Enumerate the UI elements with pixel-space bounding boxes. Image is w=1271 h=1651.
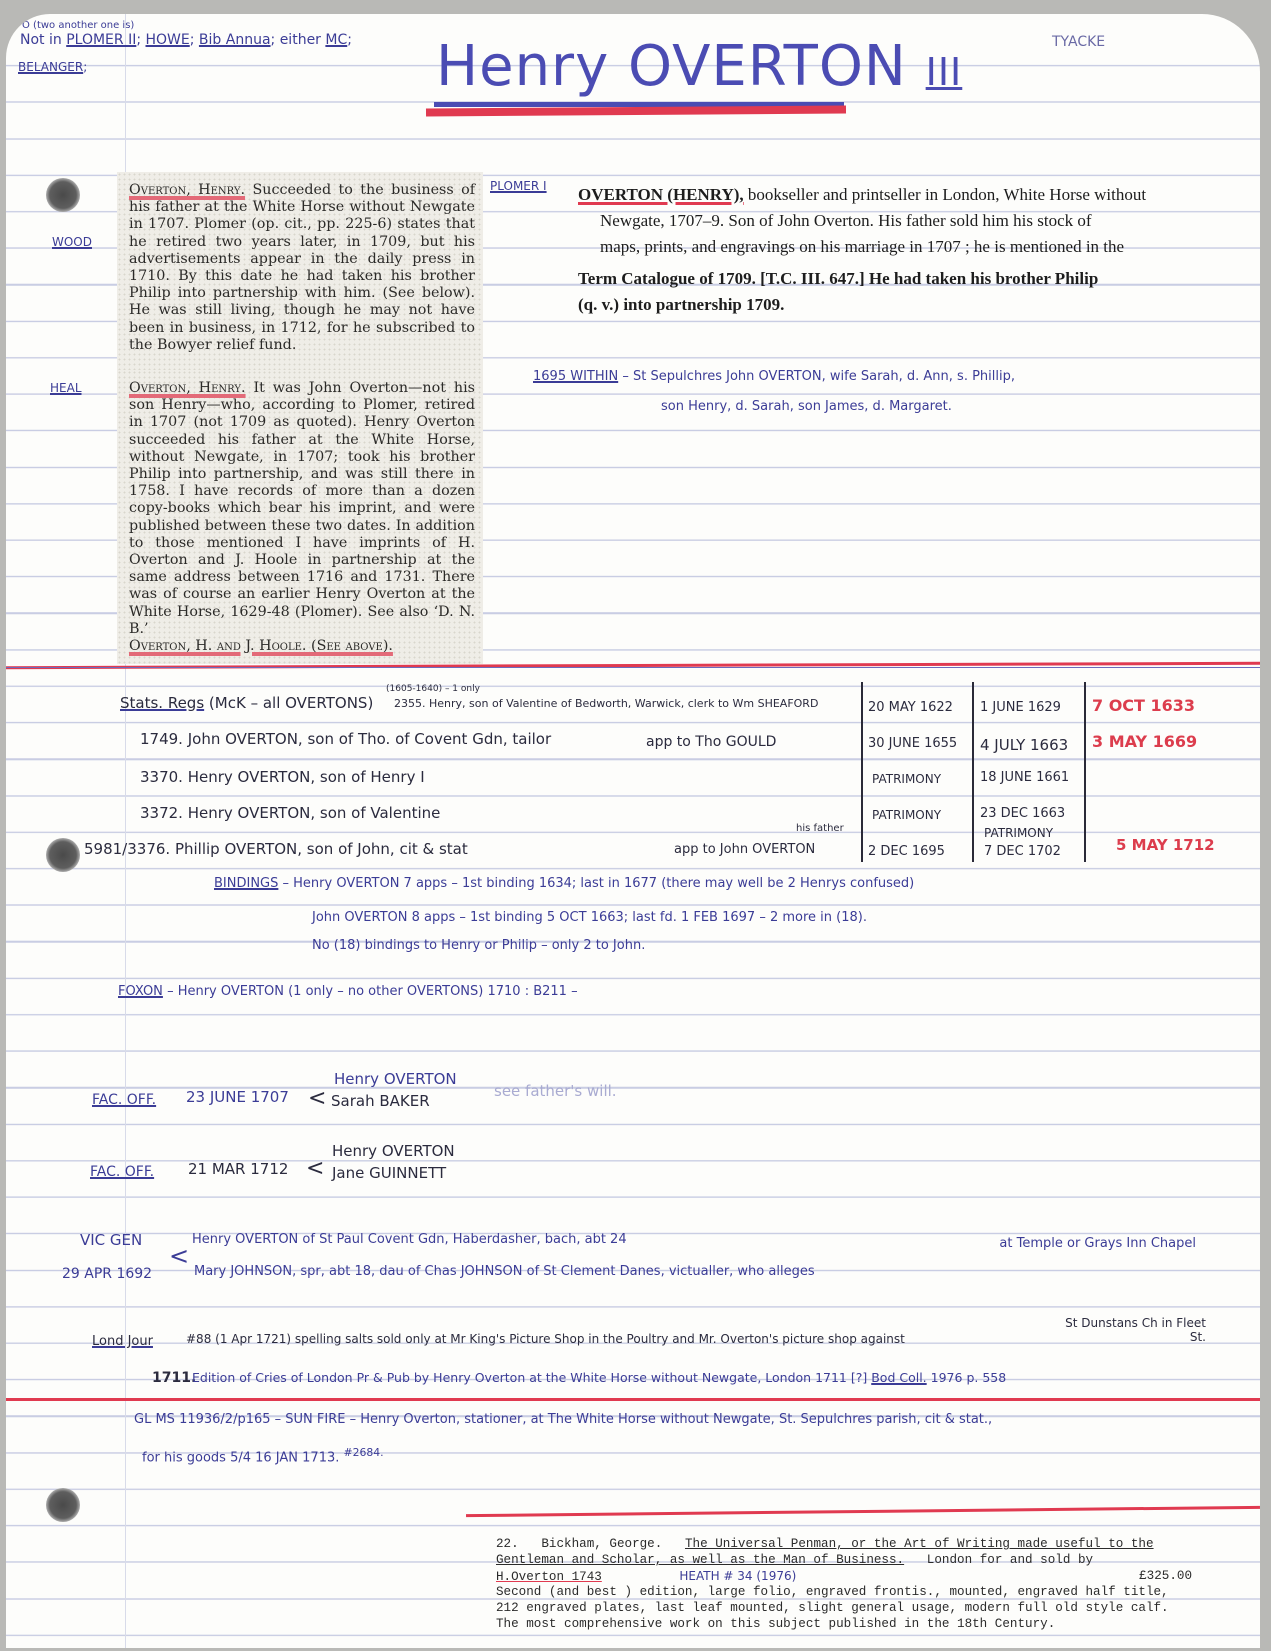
vic-gen-place: at Temple or Grays Inn Chapel — [996, 1236, 1196, 1251]
glms-label: GL MS — [134, 1412, 175, 1427]
glms-line-2: for his goods 5/4 16 JAN 1713. #2684. — [142, 1446, 384, 1465]
entry-imprint-name: H.Overton 1743 — [496, 1570, 602, 1584]
bindings-line-2: John OVERTON 8 apps – 1st binding 5 OCT … — [312, 910, 867, 925]
not-in-line: Not in PLOMER II; HOWE; Bib Annua; eithe… — [20, 32, 352, 48]
table-divider — [972, 682, 974, 862]
cell-livery: 5 MAY 1712 — [1116, 836, 1215, 854]
stats-regs-label: Stats. Regs — [120, 694, 204, 712]
cries-text: Edition of Cries of London Pr & Pub by H… — [192, 1370, 867, 1385]
entry-heath-note: HEATH # 34 (1976) — [679, 1569, 796, 1583]
fac-off-date: 21 MAR 1712 — [188, 1160, 288, 1178]
within-note-line-1: 1695 WITHIN – St Sepulchres John OVERTON… — [533, 369, 1015, 384]
stats-row-4: 3372. Henry OVERTON, son of Valentine — [140, 804, 440, 822]
cell-freed: 18 JUNE 1661 — [980, 770, 1069, 785]
cell-apprenticed: 30 JUNE 1655 — [868, 736, 957, 751]
within-label: 1695 WITHIN — [533, 369, 618, 384]
row-number: 5981/3376. — [84, 840, 170, 858]
not-in-line-2: BELANGER; — [18, 60, 87, 74]
clipping-text: Succeeded to the business of his father … — [129, 182, 475, 353]
punch-hole-bottom — [46, 1488, 80, 1522]
vic-gen-label: VIC GEN — [80, 1231, 142, 1249]
glms-policy: #2684. — [344, 1446, 384, 1459]
title-numeral: III — [926, 50, 963, 94]
cell-apprenticed: 20 MAY 1622 — [868, 700, 953, 715]
divider-red — [466, 1506, 1260, 1517]
cell-apprenticed: PATRIMONY — [872, 772, 941, 786]
margin-label-plomer: PLOMER I — [490, 179, 547, 193]
source-mc: MC — [325, 32, 347, 48]
entry-description: Second (and best ) edition, large folio,… — [496, 1584, 1192, 1632]
stats-row-5: 5981/3376. Phillip OVERTON, son of John,… — [84, 840, 468, 858]
source-howe: HOWE — [146, 32, 190, 48]
clipping-text: It was John Overton—not his son Henry—wh… — [129, 380, 475, 637]
clipping-wood: Overton, Henry. Succeeded to the busines… — [117, 172, 483, 376]
cries-year: 1711. — [152, 1370, 196, 1386]
stats-row-3: 3370. Henry OVERTON, son of Henry I — [140, 768, 425, 786]
cell-freed: 23 DEC 1663 — [980, 806, 1065, 821]
plomer-line: (q. v.) into partnership 1709. — [578, 292, 1194, 318]
cell-freed: 7 DEC 1702 — [984, 844, 1061, 859]
entry-imprint: London for and sold by — [927, 1553, 1093, 1567]
not-in-prefix: Not in — [20, 32, 62, 48]
title-underline-red — [426, 106, 846, 117]
row-text: John OVERTON, son of Tho. of Covent Gdn,… — [188, 730, 551, 748]
cell-apprenticed: PATRIMONY — [872, 808, 941, 822]
vic-gen-line-2: Mary JOHNSON, spr, abt 18, dau of Chas J… — [194, 1264, 815, 1279]
plomer-note: O (two another one is) — [22, 20, 134, 31]
row-master: app to John OVERTON — [674, 842, 815, 857]
table-divider — [1084, 682, 1086, 862]
stats-row-1: 2355. Henry, son of Valentine of Bedwort… — [394, 697, 818, 710]
within-note-line-2: son Henry, d. Sarah, son James, d. Marga… — [661, 399, 952, 414]
connector: ; — [136, 32, 141, 48]
fac-off-groom: Henry OVERTON — [332, 1142, 455, 1160]
fac-off-bride: Jane GUINNETT — [332, 1164, 446, 1182]
fac-off-note: see father's will. — [494, 1082, 617, 1100]
bindings-label: BINDINGS — [214, 876, 278, 891]
connector: ; — [190, 32, 195, 48]
table-divider — [861, 682, 863, 862]
punch-hole-middle — [46, 838, 80, 872]
row-master-note: his father — [796, 823, 844, 834]
row-text: Henry OVERTON, son of Valentine — [188, 804, 441, 822]
row-text: Henry, son of Valentine of Bedworth, War… — [429, 697, 818, 710]
cell-apprenticed: 2 DEC 1695 — [868, 844, 945, 859]
bindings-line-1: BINDINGS – Henry OVERTON 7 apps – 1st bi… — [214, 876, 914, 891]
clipping-heading: Overton, Henry. — [129, 182, 245, 198]
glms-ref: 11936/2/p165 – SUN FIRE – — [179, 1412, 356, 1427]
lond-jour-tail: St Dunstans Ch in Fleet St. — [1046, 1316, 1206, 1344]
entry-number: 22. — [496, 1537, 519, 1551]
row-number: 3370. — [140, 768, 183, 786]
stats-superscript: (1605-1640) – 1 only — [386, 684, 480, 694]
plomer-heading: OVERTON (HENRY), — [578, 185, 744, 204]
foxon-line: FOXON – Henry OVERTON (1 only – no other… — [118, 984, 578, 999]
stats-regs-heading: Stats. Regs (McK – all OVERTONS) — [120, 694, 373, 712]
bracket-icon: < — [306, 1156, 324, 1181]
cell-livery: 7 OCT 1633 — [1092, 696, 1195, 715]
cries-ref-tail: 1976 p. 558 — [931, 1370, 1007, 1385]
clipping-footer: Overton, H. and J. Hoole. (See above). — [129, 638, 393, 654]
connector: ; — [83, 60, 87, 74]
stats-regs-qualifier: (McK – all OVERTONS) — [209, 694, 373, 712]
cries-ref: Bod Coll. — [871, 1370, 926, 1385]
clipping-heal: Overton, Henry. It was John Overton—not … — [117, 370, 483, 664]
cries-line: Edition of Cries of London Pr & Pub by H… — [192, 1370, 1006, 1385]
fac-off-date: 23 JUNE 1707 — [186, 1088, 289, 1106]
within-text: – St Sepulchres John OVERTON, wife Sarah… — [622, 369, 1015, 384]
fac-off-bride: Sarah BAKER — [331, 1092, 430, 1110]
entry-author: Bickham, George. — [541, 1537, 662, 1551]
glms-line-1: GL MS 11936/2/p165 – SUN FIRE – Henry Ov… — [134, 1412, 992, 1427]
plomer-line: Term Catalogue of 1709. [T.C. III. 647.]… — [578, 266, 1194, 292]
margin-label-wood: WOOD — [52, 235, 92, 249]
connector: ; — [347, 32, 352, 48]
plomer-line: bookseller and printseller in London, Wh… — [748, 185, 1146, 204]
divider-blue — [6, 667, 1260, 668]
row-number: 3372. — [140, 804, 183, 822]
plomer-line: maps, prints, and engravings on his marr… — [578, 234, 1194, 260]
fac-off-label: FAC. OFF. — [92, 1092, 156, 1108]
cell-freed: 1 JUNE 1629 — [980, 700, 1061, 715]
clipping-plomer: OVERTON (HENRY), bookseller and printsel… — [578, 182, 1194, 318]
glms-text: Henry Overton, stationer, at The White H… — [360, 1412, 992, 1427]
foxon-text: – Henry OVERTON (1 only – no other OVERT… — [167, 984, 578, 999]
corner-tag: TYACKE — [1052, 34, 1105, 50]
row-number: 2355. — [394, 697, 426, 710]
page-title: Henry OVERTON III — [436, 34, 962, 99]
divider-red — [6, 1398, 1260, 1401]
foxon-label: FOXON — [118, 984, 163, 999]
row-text: Henry OVERTON, son of Henry I — [188, 768, 425, 786]
clipping-heading: Overton, Henry. — [129, 380, 246, 396]
punch-hole-top — [46, 178, 80, 212]
cell-freed: 4 JULY 1663 — [980, 736, 1068, 754]
vic-gen-line-1: Henry OVERTON of St Paul Covent Gdn, Hab… — [192, 1232, 627, 1247]
fac-off-groom: Henry OVERTON — [334, 1070, 457, 1088]
row-master: app to Tho GOULD — [646, 734, 776, 750]
row-text: Phillip OVERTON, son of John, cit & stat — [175, 840, 468, 858]
connector: ; either — [271, 32, 321, 48]
bickham-entry: 22. Bickham, George. The Universal Penma… — [496, 1536, 1192, 1632]
source-belanger: BELANGER — [18, 60, 83, 74]
lond-jour-text: #88 (1 Apr 1721) spelling salts sold onl… — [186, 1332, 905, 1346]
bindings-text: – Henry OVERTON 7 apps – 1st binding 163… — [283, 876, 915, 891]
glms-text: for his goods 5/4 16 JAN 1713. — [142, 1450, 339, 1465]
source-plomer-ii: PLOMER II — [66, 32, 136, 48]
bindings-line-3: No (18) bindings to Henry or Philip – on… — [312, 938, 645, 953]
entry-price: £325.00 — [1139, 1568, 1192, 1584]
index-card: O (two another one is) Not in PLOMER II;… — [6, 14, 1260, 1648]
margin-label-heal: HEAL — [50, 381, 82, 395]
bracket-icon: < — [169, 1242, 189, 1270]
fac-off-label: FAC. OFF. — [90, 1164, 154, 1180]
vic-gen-date: 29 APR 1692 — [62, 1266, 152, 1282]
title-name: Henry OVERTON — [436, 34, 907, 99]
stats-row-2: 1749. John OVERTON, son of Tho. of Coven… — [140, 730, 551, 748]
row-number: 1749. — [140, 730, 183, 748]
lond-jour-label: Lond Jour — [92, 1334, 153, 1349]
bracket-icon: < — [308, 1086, 326, 1111]
source-bib-annua: Bib Annua — [199, 32, 271, 48]
cell-livery: 3 MAY 1669 — [1092, 732, 1197, 751]
cell-freed-note: PATRIMONY — [984, 826, 1053, 840]
plomer-line: Newgate, 1707–9. Son of John Overton. Hi… — [578, 208, 1194, 234]
